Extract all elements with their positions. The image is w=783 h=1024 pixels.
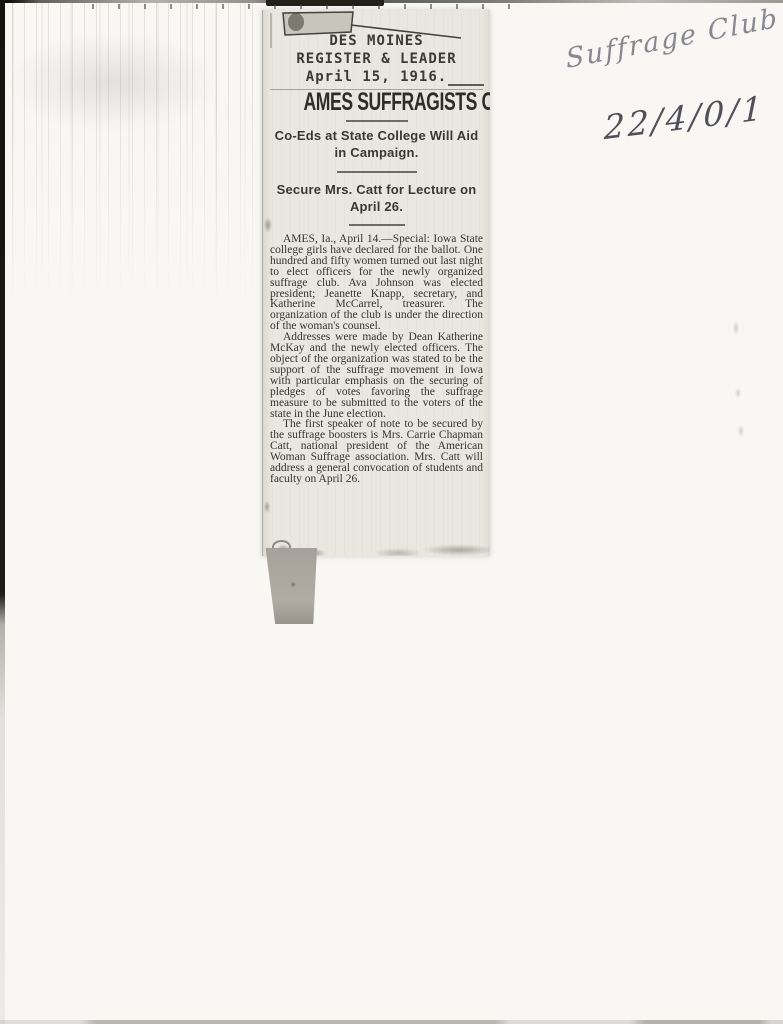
- newspaper-clipping: DES MOINES REGISTER & LEADER April 15, 1…: [262, 10, 490, 556]
- article-body: AMES, Ia., April 14.—Special: Iowa State…: [270, 234, 483, 485]
- divider-rule-2: [337, 171, 417, 173]
- scanner-edge-left: [0, 0, 5, 1024]
- subhead-1-line-2: in Campaign.: [270, 144, 483, 161]
- headline: AMES SUFFRAGISTS ORGANIZE: [270, 89, 483, 114]
- subhead-2-line-2: April 26.: [270, 198, 483, 215]
- masthead: DES MOINES REGISTER & LEADER April 15, 1…: [270, 32, 483, 86]
- handwritten-catalog-code: 22/4/0/1: [604, 88, 766, 147]
- headline-text: AMES SUFFRAGISTS ORGANIZE: [303, 90, 490, 114]
- divider-rule-3: [349, 224, 405, 226]
- divider-rule-1: [346, 120, 408, 122]
- subhead-1: Co-Eds at State College Will Aid in Camp…: [270, 127, 483, 161]
- scan-streak-artifacts: [12, 3, 264, 373]
- paragraph-2: Addresses were made by Dean Katherine Mc…: [270, 332, 483, 419]
- paragraph-3: The first speaker of note to be secured …: [270, 419, 483, 484]
- subhead-2-line-1: Secure Mrs. Catt for Lecture on: [270, 181, 483, 198]
- paragraph-1: AMES, Ia., April 14.—Special: Iowa State…: [270, 234, 483, 332]
- masthead-line-1: DES MOINES: [270, 32, 483, 50]
- date-underline: [448, 84, 484, 86]
- scanner-edge-bottom: [0, 1020, 783, 1024]
- clipping-mount-stub: [264, 548, 317, 624]
- masthead-line-2: REGISTER & LEADER: [270, 50, 483, 68]
- margin-smudges: [722, 298, 758, 458]
- handwritten-label: Suffrage Club: [565, 3, 780, 75]
- subhead-1-line-1: Co-Eds at State College Will Aid: [270, 127, 483, 144]
- scanned-page: DES MOINES REGISTER & LEADER April 15, 1…: [0, 0, 783, 1024]
- subhead-2: Secure Mrs. Catt for Lecture on April 26…: [270, 181, 483, 215]
